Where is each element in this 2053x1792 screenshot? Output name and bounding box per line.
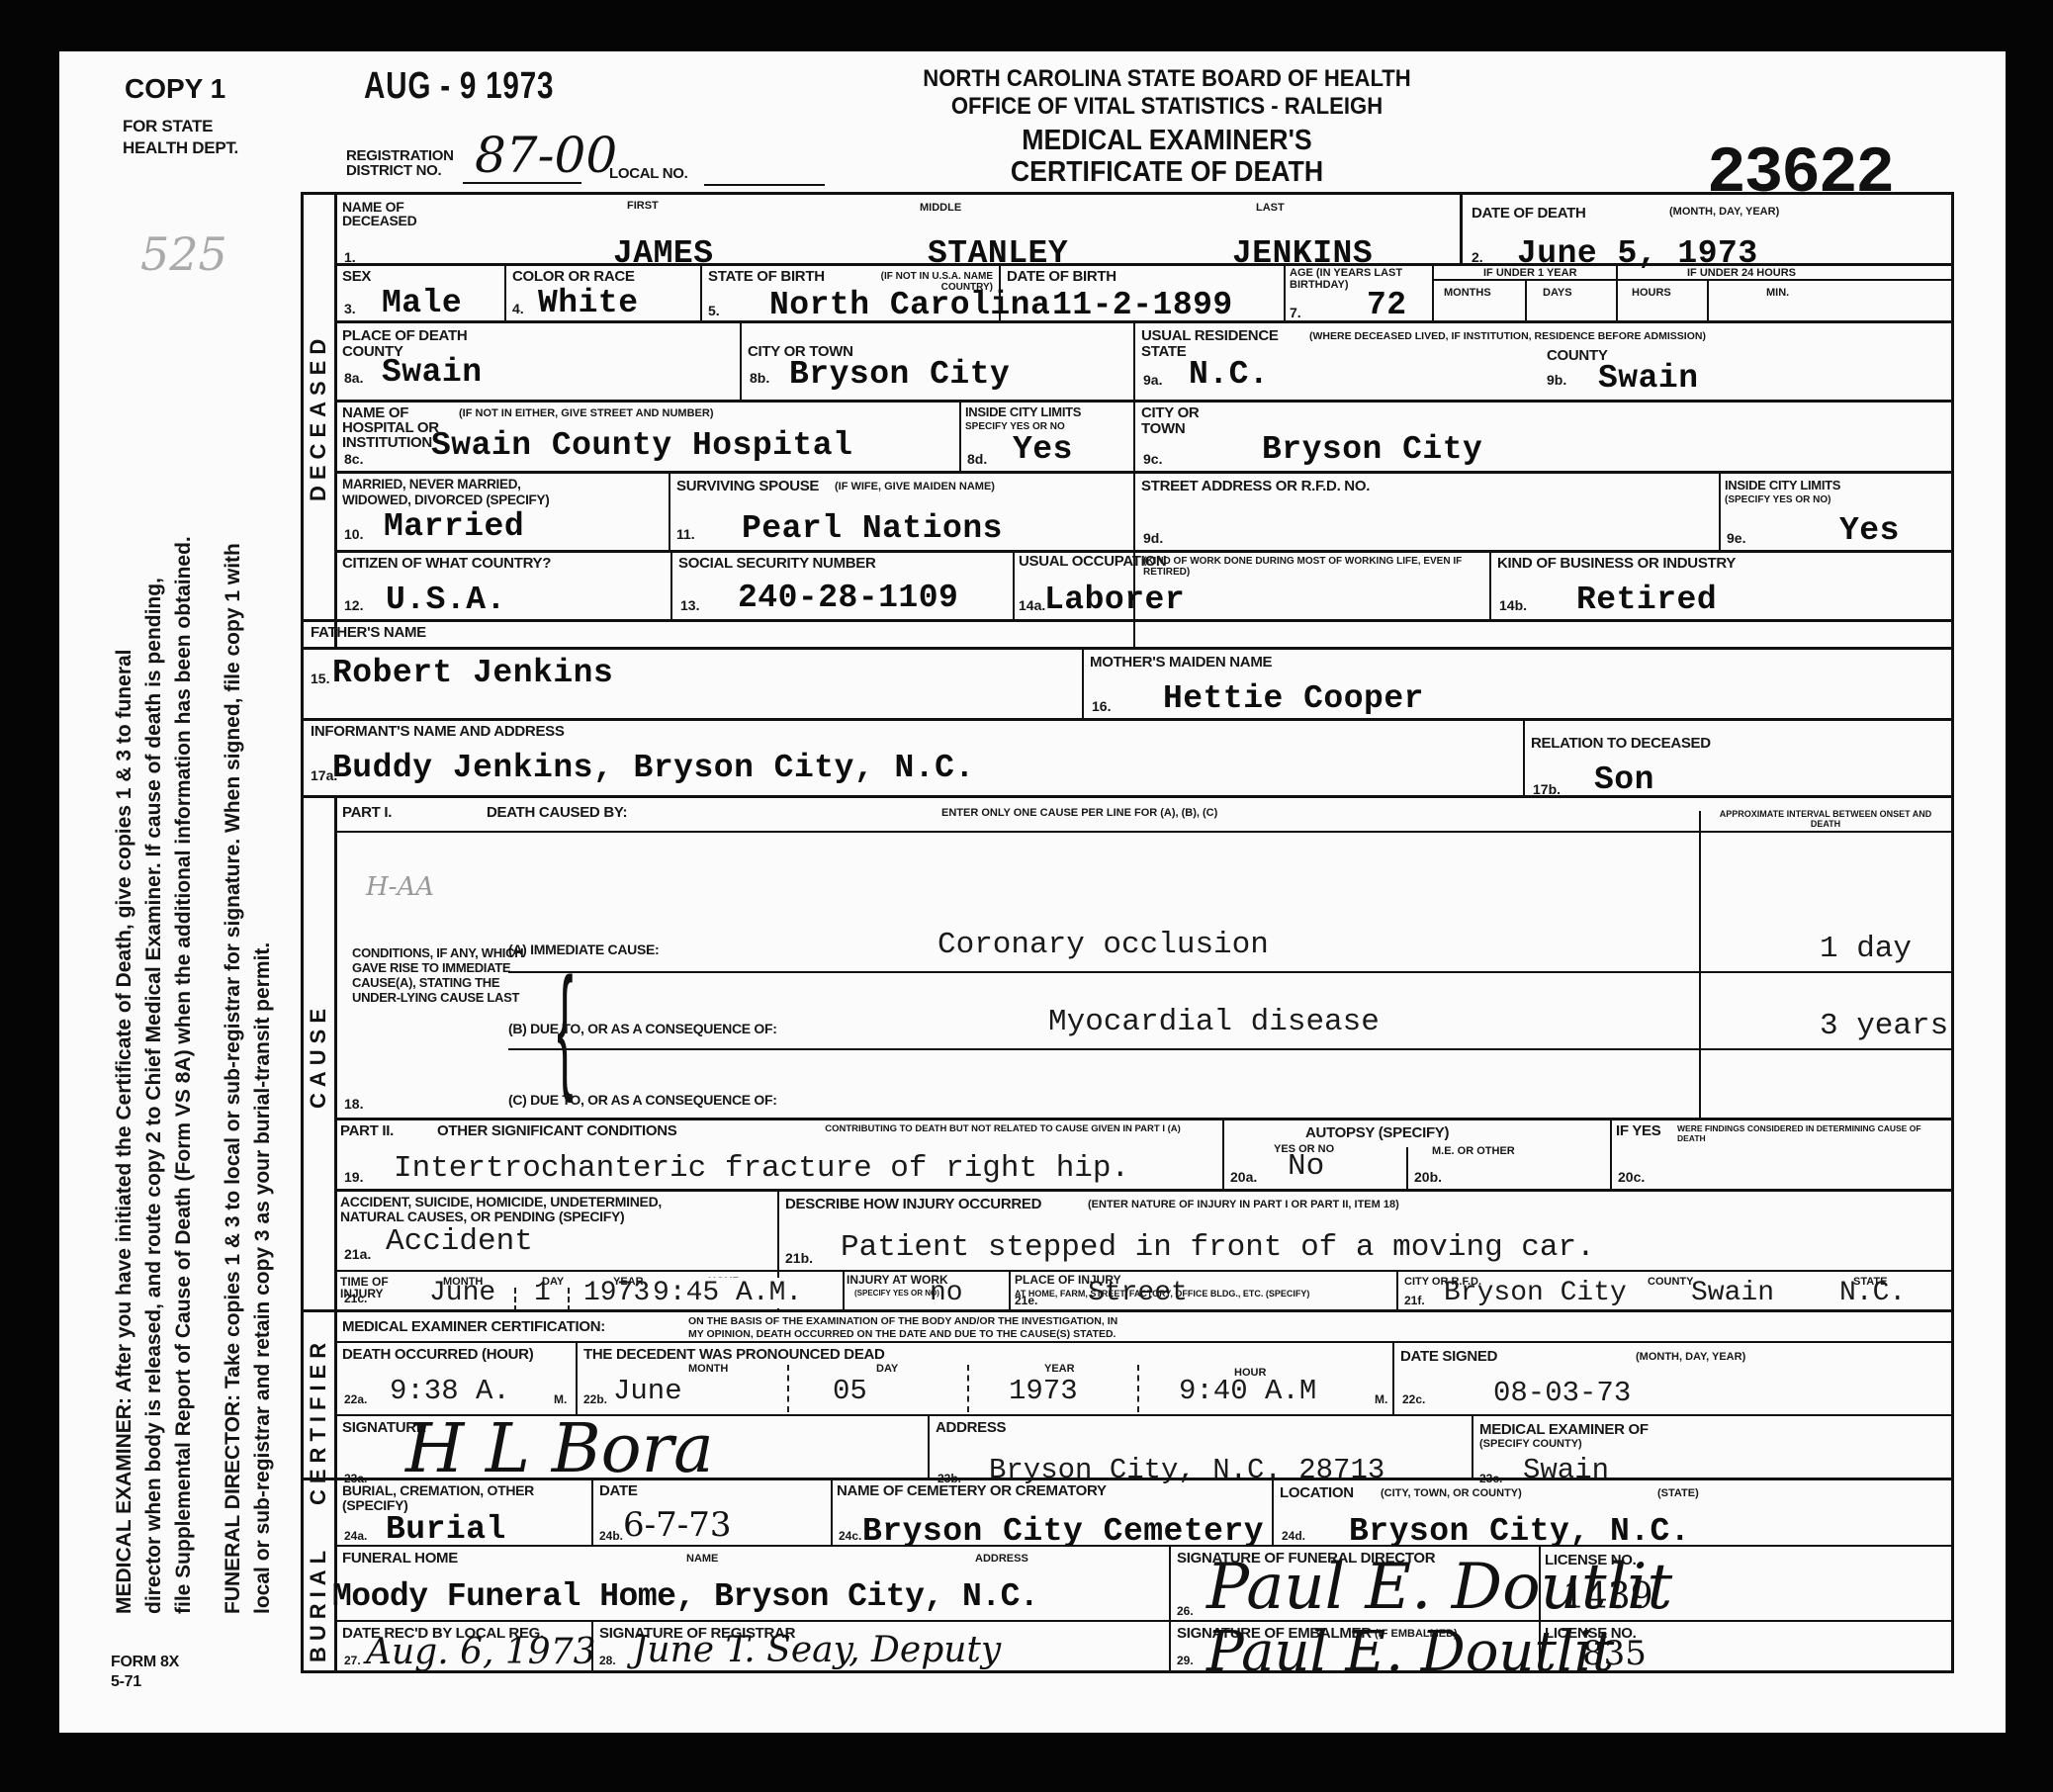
section-burial: BURIAL xyxy=(303,1535,334,1671)
part2-label: PART II. xyxy=(340,1123,394,1139)
dob-field[interactable]: 11-2-1899 xyxy=(1052,287,1233,323)
divider xyxy=(334,263,1954,266)
copy-label: COPY 1 xyxy=(125,73,225,105)
injury-place-field[interactable]: Street xyxy=(1088,1278,1188,1308)
minutes-field[interactable] xyxy=(1715,303,1942,318)
divider xyxy=(670,550,672,619)
spouse-label: SURVIVING SPOUSE xyxy=(676,479,819,494)
me-of-label: MEDICAL EXAMINER OF xyxy=(1479,1422,1649,1438)
item-number: 11. xyxy=(676,526,695,542)
divider xyxy=(568,1288,570,1311)
divider xyxy=(1406,1147,1408,1189)
form-title-2: CERTIFICATE OF DEATH xyxy=(894,156,1440,188)
item-number: 21e. xyxy=(1015,1294,1037,1307)
divider xyxy=(1013,550,1015,619)
divider xyxy=(1460,192,1463,263)
divider xyxy=(740,320,742,400)
part1-label: PART I. xyxy=(342,805,392,821)
burial-date-label: DATE xyxy=(599,1483,638,1499)
father-field[interactable]: Robert Jenkins xyxy=(332,655,613,691)
item-number: 20b. xyxy=(1414,1169,1442,1185)
injury-year-field[interactable]: 1973 xyxy=(583,1278,650,1308)
father-label: FATHER'S NAME xyxy=(311,625,426,641)
address-label: ADDRESS xyxy=(936,1420,1006,1436)
divider xyxy=(1523,718,1525,795)
divider xyxy=(334,1620,1954,1622)
funeral-home-field[interactable]: Moody Funeral Home, Bryson City, N.C. xyxy=(332,1578,1038,1615)
death-certificate: COPY 1 FOR STATE HEALTH DEPT. AUG - 9 19… xyxy=(59,51,2006,1733)
divider xyxy=(334,471,1954,474)
under-year-label: IF UNDER 1 YEAR xyxy=(1483,267,1577,279)
divider xyxy=(1489,550,1491,619)
instructions-fd-line-1: FUNERAL DIRECTOR: Take copies 1 & 3 to l… xyxy=(218,299,249,1614)
res-inside-label: INSIDE CITY LIMITS xyxy=(1725,479,1840,493)
injury-month-field[interactable]: June xyxy=(429,1278,495,1308)
hospital-label-3: INSTITUTION xyxy=(342,435,432,451)
pron-day-label: DAY xyxy=(876,1363,898,1375)
local-no-label: LOCAL NO. xyxy=(609,166,688,182)
divider xyxy=(301,1309,1954,1312)
cause-a-field[interactable]: Coronary occlusion xyxy=(937,928,1269,962)
item-number: 8c. xyxy=(344,451,363,467)
findings-hint: WERE FINDINGS CONSIDERED IN DETERMINING … xyxy=(1677,1123,1944,1143)
manner-label: ACCIDENT, SUICIDE, HOMICIDE, UNDETERMINE… xyxy=(340,1195,667,1224)
cause-tab-divider xyxy=(334,795,337,1309)
pron-day-field[interactable]: 05 xyxy=(833,1375,867,1407)
divider xyxy=(1284,263,1286,320)
autopsy-by-field[interactable] xyxy=(1454,1161,1602,1185)
age-field[interactable]: 72 xyxy=(1367,287,1407,323)
item-number: 14b. xyxy=(1499,597,1527,613)
cause-c-label: (c) DUE TO, OR AS A CONSEQUENCE OF: xyxy=(508,1092,777,1108)
item-number: 4. xyxy=(512,301,524,316)
item-number: 8a. xyxy=(344,370,363,386)
divider xyxy=(1222,1118,1224,1189)
divider xyxy=(1137,1365,1139,1412)
item-number: 8d. xyxy=(967,451,987,467)
item-number: 3. xyxy=(344,301,356,316)
first-name-field[interactable]: JAMES xyxy=(613,235,714,272)
section-deceased: DECEASED xyxy=(303,200,334,635)
item-number: 9b. xyxy=(1547,372,1566,388)
item-number: 14a. xyxy=(1019,597,1045,613)
informant-label: INFORMANT'S NAME AND ADDRESS xyxy=(311,724,565,740)
date-of-death-hint: (MONTH, DAY, YEAR) xyxy=(1669,206,1779,218)
item-number: 7. xyxy=(1290,305,1301,320)
item-number: 18. xyxy=(344,1096,363,1112)
birth-state-field[interactable]: North Carolina xyxy=(769,287,1050,323)
item-number: 22a. xyxy=(344,1392,367,1406)
street-field[interactable] xyxy=(1187,516,1602,546)
res-state-label: STATE xyxy=(1141,344,1186,360)
at-work-field[interactable]: no xyxy=(930,1278,963,1308)
copy-sub-2: HEALTH DEPT. xyxy=(123,138,238,158)
marital-label-1: MARRIED, NEVER MARRIED, xyxy=(342,477,521,492)
divider xyxy=(787,1365,789,1412)
item-number: 12. xyxy=(344,597,363,613)
other-conditions-hint: CONTRIBUTING TO DEATH BUT NOT RELATED TO… xyxy=(746,1123,1260,1134)
ssn-label: SOCIAL SECURITY NUMBER xyxy=(678,556,876,572)
item-number: 9d. xyxy=(1143,530,1163,546)
hours-field[interactable] xyxy=(1624,303,1699,318)
item-number: 8b. xyxy=(750,370,769,386)
item-number: 10. xyxy=(344,526,363,542)
registration-label-1: REGISTRATION xyxy=(346,148,454,163)
months-field[interactable] xyxy=(1444,303,1519,318)
death-occurred-label: DEATH OCCURRED (HOUR) xyxy=(342,1347,533,1363)
relation-label: RELATION TO DECEASED xyxy=(1531,736,1711,752)
divider xyxy=(334,1545,1954,1547)
divider xyxy=(508,1048,1954,1050)
item-number: 9e. xyxy=(1727,530,1745,546)
item-number: 9a. xyxy=(1143,372,1162,388)
funeral-home-name-label: NAME xyxy=(686,1553,718,1565)
form-id-1: FORM 8X xyxy=(111,1654,179,1671)
item-number: 24c. xyxy=(839,1529,861,1543)
divider xyxy=(1082,649,1084,718)
divider xyxy=(591,1478,593,1545)
item-number: 21a. xyxy=(344,1246,371,1262)
local-no-field[interactable] xyxy=(704,184,825,186)
months-label: MONTHS xyxy=(1444,287,1491,299)
location-state-hint: (STATE) xyxy=(1657,1487,1699,1499)
cause-a-interval[interactable]: 1 day xyxy=(1820,932,1912,966)
divider xyxy=(959,400,961,471)
funeral-home-address-label: ADDRESS xyxy=(975,1553,1028,1565)
injury-hour-field[interactable]: 9:45 A.M. xyxy=(653,1278,802,1308)
cert-text-2: MY OPINION, DEATH OCCURRED ON THE DATE A… xyxy=(688,1328,1116,1340)
embalmer-license-field[interactable]: 835 xyxy=(1582,1634,1647,1673)
item-number: 22c. xyxy=(1402,1392,1425,1406)
divider xyxy=(1610,1118,1612,1189)
how-hint: (ENTER NATURE OF INJURY IN PART I OR PAR… xyxy=(1088,1199,1399,1210)
location-hint: (CITY, TOWN, OR COUNTY) xyxy=(1381,1487,1522,1499)
marital-field[interactable]: Married xyxy=(384,508,524,545)
under-24-label: IF UNDER 24 HOURS xyxy=(1687,267,1796,279)
agency-line-1: NORTH CAROLINA STATE BOARD OF HEALTH xyxy=(894,65,1440,93)
disposition-field[interactable]: Burial xyxy=(386,1511,506,1548)
spouse-hint: (IF WIFE, GIVE MAIDEN NAME) xyxy=(835,481,995,493)
hospital-hint: (IF NOT IN EITHER, GIVE STREET AND NUMBE… xyxy=(459,407,714,419)
item-number: 22b. xyxy=(583,1392,607,1406)
date-of-death-label: DATE OF DEATH xyxy=(1472,206,1586,222)
other-conditions-label: OTHER SIGNIFICANT CONDITIONS xyxy=(437,1123,676,1139)
divider xyxy=(508,971,1954,973)
birth-state-label: STATE OF BIRTH xyxy=(708,269,825,285)
inside-limits-field[interactable]: Yes xyxy=(1013,431,1073,468)
item-number: 13. xyxy=(680,597,699,613)
sex-label: SEX xyxy=(342,269,371,285)
divider xyxy=(301,718,1954,721)
cause-c-interval[interactable] xyxy=(1711,1080,1944,1112)
divider xyxy=(1396,1270,1398,1309)
industry-label: KIND OF BUSINESS OR INDUSTRY xyxy=(1497,556,1736,572)
form-title-1: MEDICAL EXAMINER'S xyxy=(894,125,1440,156)
days-field[interactable] xyxy=(1533,303,1608,318)
death-caused-label: DEATH CAUSED BY: xyxy=(487,805,627,821)
divider xyxy=(334,1189,1954,1192)
registrar-signature[interactable]: June T. Seay, Deputy xyxy=(633,1630,1001,1670)
divider xyxy=(576,1341,578,1414)
place-label: PLACE OF DEATH xyxy=(342,328,467,344)
divider xyxy=(1616,263,1618,320)
deceased-tab-divider xyxy=(334,192,337,647)
copy-sub-1: FOR STATE xyxy=(123,117,213,136)
registration-underline xyxy=(463,182,581,184)
cemetery-label: NAME OF CEMETERY OR CREMATORY xyxy=(837,1483,1107,1499)
divider xyxy=(301,647,1954,650)
divider xyxy=(1472,1414,1473,1478)
registration-label-2: DISTRICT NO. xyxy=(346,163,441,178)
date-signed-field[interactable]: 08-03-73 xyxy=(1493,1377,1631,1409)
race-label: COLOR or RACE xyxy=(512,269,635,285)
informant-field[interactable]: Buddy Jenkins, Bryson City, N.C. xyxy=(332,750,975,786)
res-state-field[interactable]: N.C. xyxy=(1189,356,1269,393)
item-number: 9c. xyxy=(1143,451,1162,467)
cert-text-1: ON THE BASIS OF THE EXAMINATION OF THE B… xyxy=(688,1315,1117,1327)
divider xyxy=(334,320,1954,323)
pron-month-label: MONTH xyxy=(688,1363,728,1375)
item-number: 24d. xyxy=(1282,1529,1305,1543)
first-label: FIRST xyxy=(627,200,659,212)
autopsy-by-label: M.E. OR OTHER xyxy=(1432,1145,1515,1157)
injury-day-field[interactable]: 1 xyxy=(534,1278,551,1308)
death-hour-suffix: M. xyxy=(554,1392,567,1406)
funeral-home-label: FUNERAL HOME xyxy=(342,1551,458,1567)
item-number: 26. xyxy=(1177,1604,1194,1618)
race-field[interactable]: White xyxy=(538,285,639,321)
cause-c-field[interactable] xyxy=(1048,1080,1681,1112)
divider xyxy=(1169,1545,1171,1673)
agency-line-2: OFFICE OF VITAL STATISTICS - RALEIGH xyxy=(894,93,1440,121)
death-city-field[interactable]: Bryson City xyxy=(789,356,1010,393)
relation-field[interactable]: Son xyxy=(1594,762,1654,798)
location-label: LOCATION xyxy=(1280,1485,1354,1501)
mother-field[interactable]: Hettie Cooper xyxy=(1163,680,1424,717)
form-id-2: 5-71 xyxy=(111,1673,141,1691)
middle-label: MIDDLE xyxy=(920,202,961,214)
item-number: 16. xyxy=(1092,698,1111,714)
occupation-field[interactable]: Laborer xyxy=(1044,582,1185,618)
res-county-field[interactable]: Swain xyxy=(1598,360,1699,397)
divider xyxy=(1525,279,1527,320)
me-county-field[interactable]: Swain xyxy=(1523,1454,1609,1486)
item-number: 29. xyxy=(1177,1654,1194,1667)
instructions-me-line-3: file Supplemental Report of Cause of Dea… xyxy=(168,299,200,1614)
pron-year-field[interactable]: 1973 xyxy=(1009,1375,1078,1407)
item-number: 21c. xyxy=(344,1292,367,1305)
received-stamp-date: AUG - 9 1973 xyxy=(364,65,554,108)
hours-label: HOURS xyxy=(1632,287,1671,299)
mother-label: MOTHER'S MAIDEN NAME xyxy=(1090,655,1272,671)
instructions-me-line-2: director when body is released, and rout… xyxy=(138,299,170,1614)
dob-label: DATE OF BIRTH xyxy=(1007,269,1116,285)
divider xyxy=(1432,279,1954,281)
item-number: 27. xyxy=(344,1654,361,1667)
res-city-field[interactable]: Bryson City xyxy=(1262,431,1482,468)
divider xyxy=(1272,1478,1274,1545)
citizen-label: CITIZEN OF WHAT COUNTRY? xyxy=(342,556,551,572)
me-of-hint: (SPECIFY COUNTY) xyxy=(1479,1438,1582,1450)
min-label: MIN. xyxy=(1766,287,1789,299)
cause-margin-scribble: H-AA xyxy=(366,872,434,902)
instructions-me-line-1: MEDICAL EXAMINER: After you have initiat… xyxy=(109,299,140,1614)
divider xyxy=(1392,1341,1394,1414)
divider xyxy=(1432,263,1434,320)
divider xyxy=(1009,1270,1011,1309)
pron-hour-suffix: M. xyxy=(1375,1392,1387,1406)
divider xyxy=(334,1270,1954,1272)
res-inside-field[interactable]: Yes xyxy=(1839,512,1900,549)
injury-county-label: COUNTY xyxy=(1648,1276,1693,1288)
divider xyxy=(928,1414,930,1478)
inside-limits-label: INSIDE CITY LIMITS xyxy=(965,405,1081,419)
res-city-label: CITY OR TOWN xyxy=(1141,405,1220,437)
divider xyxy=(843,1270,845,1309)
divider xyxy=(700,263,702,320)
divider xyxy=(1707,279,1709,320)
ssn-field[interactable]: 240-28-1109 xyxy=(738,580,958,616)
at-work-hint: (SPECIFY YES OR NO) xyxy=(854,1288,939,1299)
sex-field[interactable]: Male xyxy=(382,285,462,321)
director-license-label: LICENSE NO. xyxy=(1545,1553,1637,1568)
margin-handwriting: 525 xyxy=(140,227,227,281)
name-label: NAME OF DECEASED xyxy=(342,200,441,227)
section-cause: CAUSE xyxy=(303,803,334,1307)
item-number: 24a. xyxy=(344,1529,367,1543)
one-cause-hint: ENTER ONLY ONE CAUSE PER LINE FOR (A), (… xyxy=(941,807,1217,819)
street-label: STREET ADDRESS OR R.F.D. NO. xyxy=(1141,479,1370,494)
director-license-field[interactable]: 1439 xyxy=(1562,1576,1653,1617)
divider xyxy=(301,795,1954,798)
injury-county-field[interactable]: Swain xyxy=(1691,1278,1774,1308)
how-label: DESCRIBE HOW INJURY OCCURRED xyxy=(785,1197,1041,1212)
cause-b-interval[interactable]: 3 years xyxy=(1820,1009,1948,1043)
divider xyxy=(301,619,1954,622)
divider xyxy=(831,1478,833,1545)
hospital-field[interactable]: Swain County Hospital xyxy=(431,427,852,464)
cause-b-field[interactable]: Myocardial disease xyxy=(1048,1005,1380,1039)
item-number: 5. xyxy=(708,303,720,318)
registration-district-value[interactable]: 87-00 xyxy=(475,127,617,184)
divider xyxy=(1719,471,1721,550)
divider xyxy=(1699,811,1701,1118)
divider xyxy=(999,263,1001,320)
item-number: 19. xyxy=(344,1169,363,1185)
manner-field[interactable]: Accident xyxy=(386,1224,533,1259)
last-label: LAST xyxy=(1256,202,1285,214)
residence-label: USUAL RESIDENCE xyxy=(1141,328,1279,344)
autopsy-label: AUTOPSY (SPECIFY) xyxy=(1305,1125,1449,1141)
item-number: 21f. xyxy=(1404,1294,1425,1307)
cause-b-label: (b) DUE TO, OR AS A CONSEQUENCE OF: xyxy=(508,1021,777,1036)
occupation-hint: (KIND OF WORK DONE DURING MOST OF WORKIN… xyxy=(1143,556,1499,578)
divider xyxy=(301,1478,1954,1480)
death-hour-field[interactable]: 9:38 A. xyxy=(390,1375,510,1407)
interval-label: APPROXIMATE INTERVAL BETWEEN ONSET AND D… xyxy=(1709,809,1942,829)
cause-a-label: (a) IMMEDIATE CAUSE: xyxy=(508,941,659,957)
pronounced-label: THE DECEDENT WAS PRONOUNCED DEAD xyxy=(583,1347,885,1363)
autopsy-field[interactable]: No xyxy=(1288,1149,1324,1184)
item-number: 20c. xyxy=(1618,1169,1645,1185)
item-number: 28. xyxy=(599,1654,616,1667)
divider xyxy=(334,1118,1954,1120)
pron-hour-field[interactable]: 9:40 A.M xyxy=(1179,1375,1316,1407)
days-label: DAYS xyxy=(1543,287,1572,299)
marital-label-2: WIDOWED, DIVORCED (SPECIFY) xyxy=(342,493,549,507)
findings-field[interactable] xyxy=(1661,1161,1938,1185)
section-certifier: CERTIFIER xyxy=(303,1313,334,1529)
divider xyxy=(669,471,670,550)
instructions-fd-line-2: local or sub-registrar and retain copy 3… xyxy=(247,299,279,1614)
divider xyxy=(334,831,1954,833)
injury-city-field[interactable]: Bryson City xyxy=(1444,1278,1627,1308)
industry-field[interactable]: Retired xyxy=(1576,582,1717,618)
injury-state-field[interactable]: N.C. xyxy=(1839,1278,1906,1308)
divider xyxy=(967,1365,969,1412)
received-field[interactable]: Aug. 6, 1973 xyxy=(366,1632,596,1672)
item-number: 15. xyxy=(311,671,329,686)
citizen-field[interactable]: U.S.A. xyxy=(386,582,506,618)
residence-hint: (WHERE DECEASED LIVED, IF INSTITUTION, R… xyxy=(1309,330,1706,342)
date-signed-hint: (MONTH, DAY, YEAR) xyxy=(1636,1351,1745,1363)
burial-date-field[interactable]: 6-7-73 xyxy=(623,1505,732,1545)
age-label: AGE (IN YEARS LAST BIRTHDAY) xyxy=(1290,267,1428,291)
how-field[interactable]: Patient stepped in front of a moving car… xyxy=(841,1230,1595,1265)
divider xyxy=(504,263,506,320)
res-inside-hint: (SPECIFY YES OR NO) xyxy=(1725,494,1830,506)
item-number: 20a. xyxy=(1230,1169,1257,1185)
divider xyxy=(591,1620,593,1673)
death-county-field[interactable]: Swain xyxy=(382,354,483,391)
spouse-field[interactable]: Pearl Nations xyxy=(742,510,1003,547)
cert-label: MEDICAL EXAMINER CERTIFICATION: xyxy=(342,1319,605,1335)
item-number: 24b. xyxy=(599,1529,623,1543)
disposition-label: BURIAL, CREMATION, OTHER (SPECIFY) xyxy=(342,1483,580,1513)
divider xyxy=(334,400,1954,403)
findings-label: IF YES xyxy=(1616,1123,1660,1139)
pron-month-field[interactable]: June xyxy=(613,1375,682,1407)
other-conditions-field[interactable]: Intertrochanteric fracture of right hip. xyxy=(394,1151,1129,1186)
item-number: 21b. xyxy=(785,1250,813,1266)
date-signed-label: DATE SIGNED xyxy=(1400,1349,1497,1365)
injury-place-hint: AT HOME, FARM, STREET, FACTORY, OFFICE B… xyxy=(1015,1288,1390,1299)
divider xyxy=(514,1288,516,1311)
pron-year-label: YEAR xyxy=(1044,1363,1075,1375)
